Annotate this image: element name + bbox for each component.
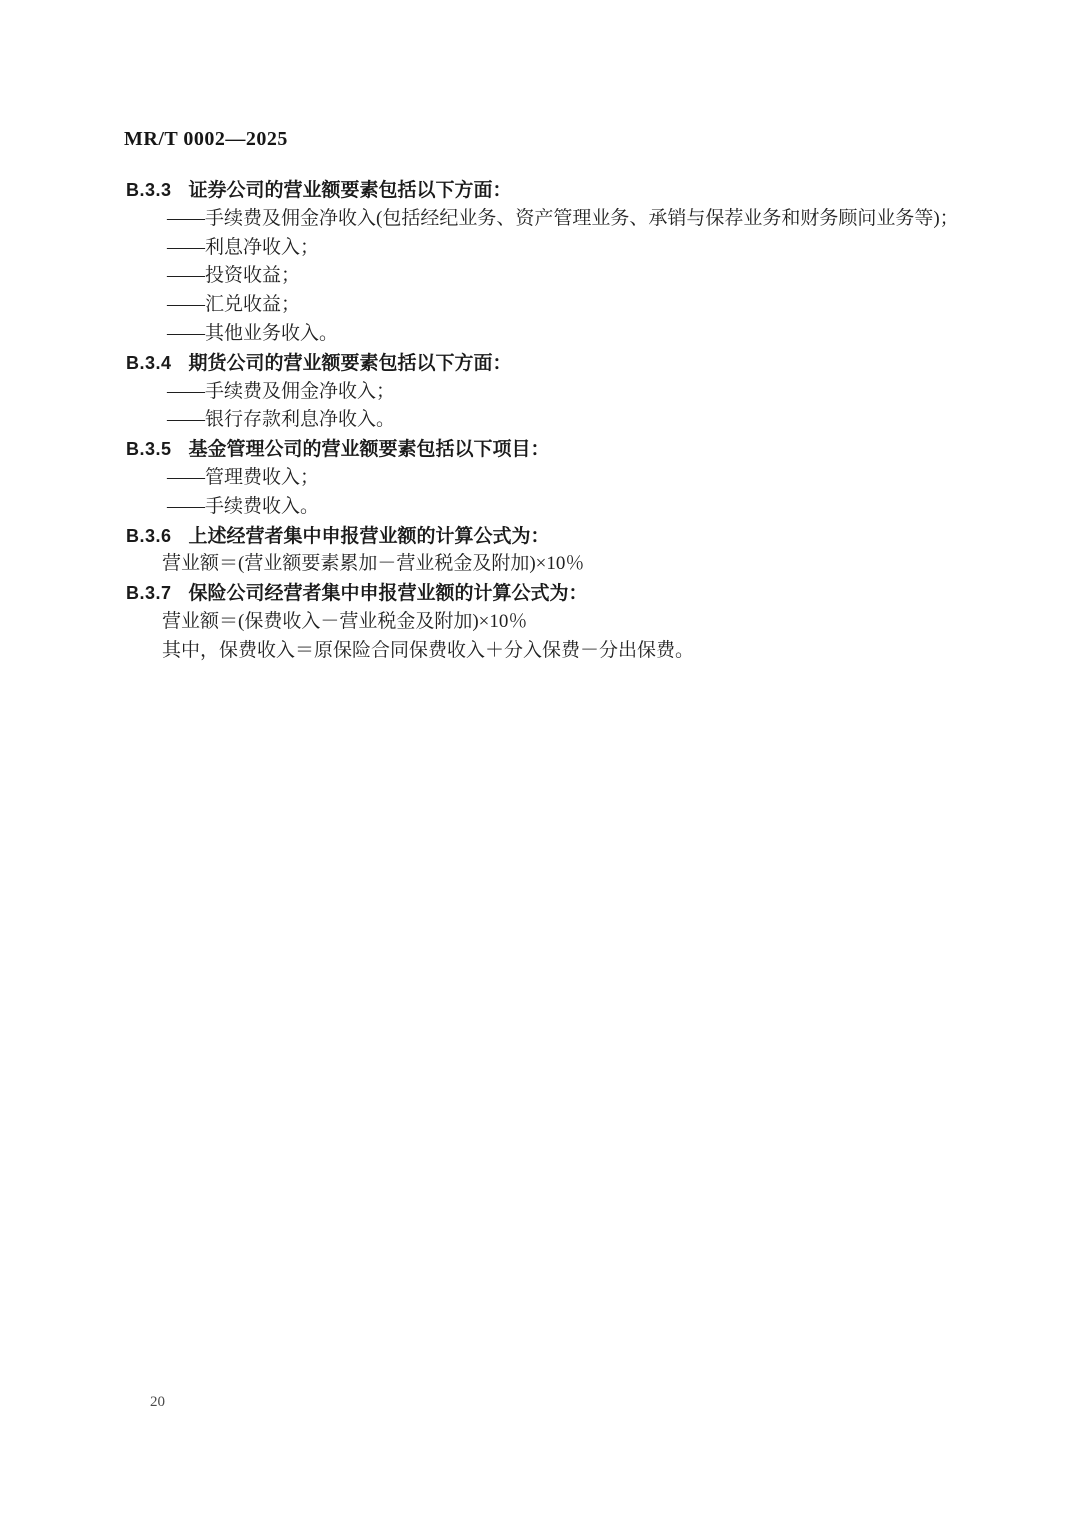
formula-text: 其中，保费收入＝原保险合同保费收入＋分入保费－分出保费。 bbox=[162, 640, 694, 661]
dash-prefix: —— bbox=[167, 323, 205, 344]
clause-text: 证券公司的营业额要素包括以下方面： bbox=[189, 180, 512, 201]
clause-number: B.3.3 bbox=[126, 176, 172, 205]
list-item: ——其他业务收入。 bbox=[126, 320, 986, 349]
list-item: ——手续费及佣金净收入(包括经纪业务、资产管理业务、承销与保荐业务和财务顾问业务… bbox=[126, 205, 986, 234]
dash-prefix: —— bbox=[167, 467, 205, 488]
clause-number: B.3.7 bbox=[126, 579, 172, 608]
clause-number: B.3.5 bbox=[126, 435, 172, 464]
dash-prefix: —— bbox=[167, 208, 205, 229]
list-item: ——手续费收入。 bbox=[126, 493, 986, 522]
dash-prefix: —— bbox=[167, 381, 205, 402]
formula-line: 营业额＝(营业额要素累加－营业税金及附加)×10％ bbox=[126, 550, 986, 579]
formula-line: 其中，保费收入＝原保险合同保费收入＋分入保费－分出保费。 bbox=[126, 637, 986, 666]
list-item-text: 手续费及佣金净收入； bbox=[205, 381, 395, 402]
page-number: 20 bbox=[150, 1394, 165, 1411]
list-item-text: 其他业务收入。 bbox=[205, 323, 338, 344]
clause-heading: B.3.5基金管理公司的营业额要素包括以下项目： bbox=[126, 435, 986, 464]
list-item-text: 银行存款利息净收入。 bbox=[205, 409, 395, 430]
clause-text: 基金管理公司的营业额要素包括以下项目： bbox=[189, 439, 550, 460]
clause-heading: B.3.6上述经营者集中申报营业额的计算公式为： bbox=[126, 522, 986, 551]
dash-prefix: —— bbox=[167, 294, 205, 315]
clause-heading: B.3.4期货公司的营业额要素包括以下方面： bbox=[126, 349, 986, 378]
clause-text: 保险公司经营者集中申报营业额的计算公式为： bbox=[189, 583, 588, 604]
clause-number: B.3.4 bbox=[126, 349, 172, 378]
list-item-text: 汇兑收益； bbox=[205, 294, 300, 315]
clause-heading: B.3.7保险公司经营者集中申报营业额的计算公式为： bbox=[126, 579, 986, 608]
list-item-text: 投资收益； bbox=[205, 265, 300, 286]
list-item: ——投资收益； bbox=[126, 262, 986, 291]
document-body: B.3.3证券公司的营业额要素包括以下方面： ——手续费及佣金净收入(包括经纪业… bbox=[126, 176, 986, 666]
list-item-text: 手续费及佣金净收入(包括经纪业务、资产管理业务、承销与保荐业务和财务顾问业务等)… bbox=[205, 208, 959, 229]
clause-heading: B.3.3证券公司的营业额要素包括以下方面： bbox=[126, 176, 986, 205]
list-item: ——管理费收入； bbox=[126, 464, 986, 493]
dash-prefix: —— bbox=[167, 496, 205, 517]
formula-text: 营业额＝(保费收入－营业税金及附加)×10％ bbox=[162, 611, 527, 632]
clause-text: 上述经营者集中申报营业额的计算公式为： bbox=[189, 526, 550, 547]
list-item: ——汇兑收益； bbox=[126, 291, 986, 320]
dash-prefix: —— bbox=[167, 409, 205, 430]
clause-number: B.3.6 bbox=[126, 522, 172, 551]
list-item: ——利息净收入； bbox=[126, 234, 986, 263]
list-item-text: 管理费收入； bbox=[205, 467, 319, 488]
formula-line: 营业额＝(保费收入－营业税金及附加)×10％ bbox=[126, 608, 986, 637]
list-item: ——银行存款利息净收入。 bbox=[126, 406, 986, 435]
formula-text: 营业额＝(营业额要素累加－营业税金及附加)×10％ bbox=[162, 553, 584, 574]
list-item-text: 利息净收入； bbox=[205, 237, 319, 258]
dash-prefix: —— bbox=[167, 237, 205, 258]
list-item-text: 手续费收入。 bbox=[205, 496, 319, 517]
document-code: MR/T 0002—2025 bbox=[124, 128, 288, 151]
document-page: MR/T 0002—2025 B.3.3证券公司的营业额要素包括以下方面： ——… bbox=[0, 0, 1074, 1520]
dash-prefix: —— bbox=[167, 265, 205, 286]
list-item: ——手续费及佣金净收入； bbox=[126, 378, 986, 407]
clause-text: 期货公司的营业额要素包括以下方面： bbox=[189, 353, 512, 374]
